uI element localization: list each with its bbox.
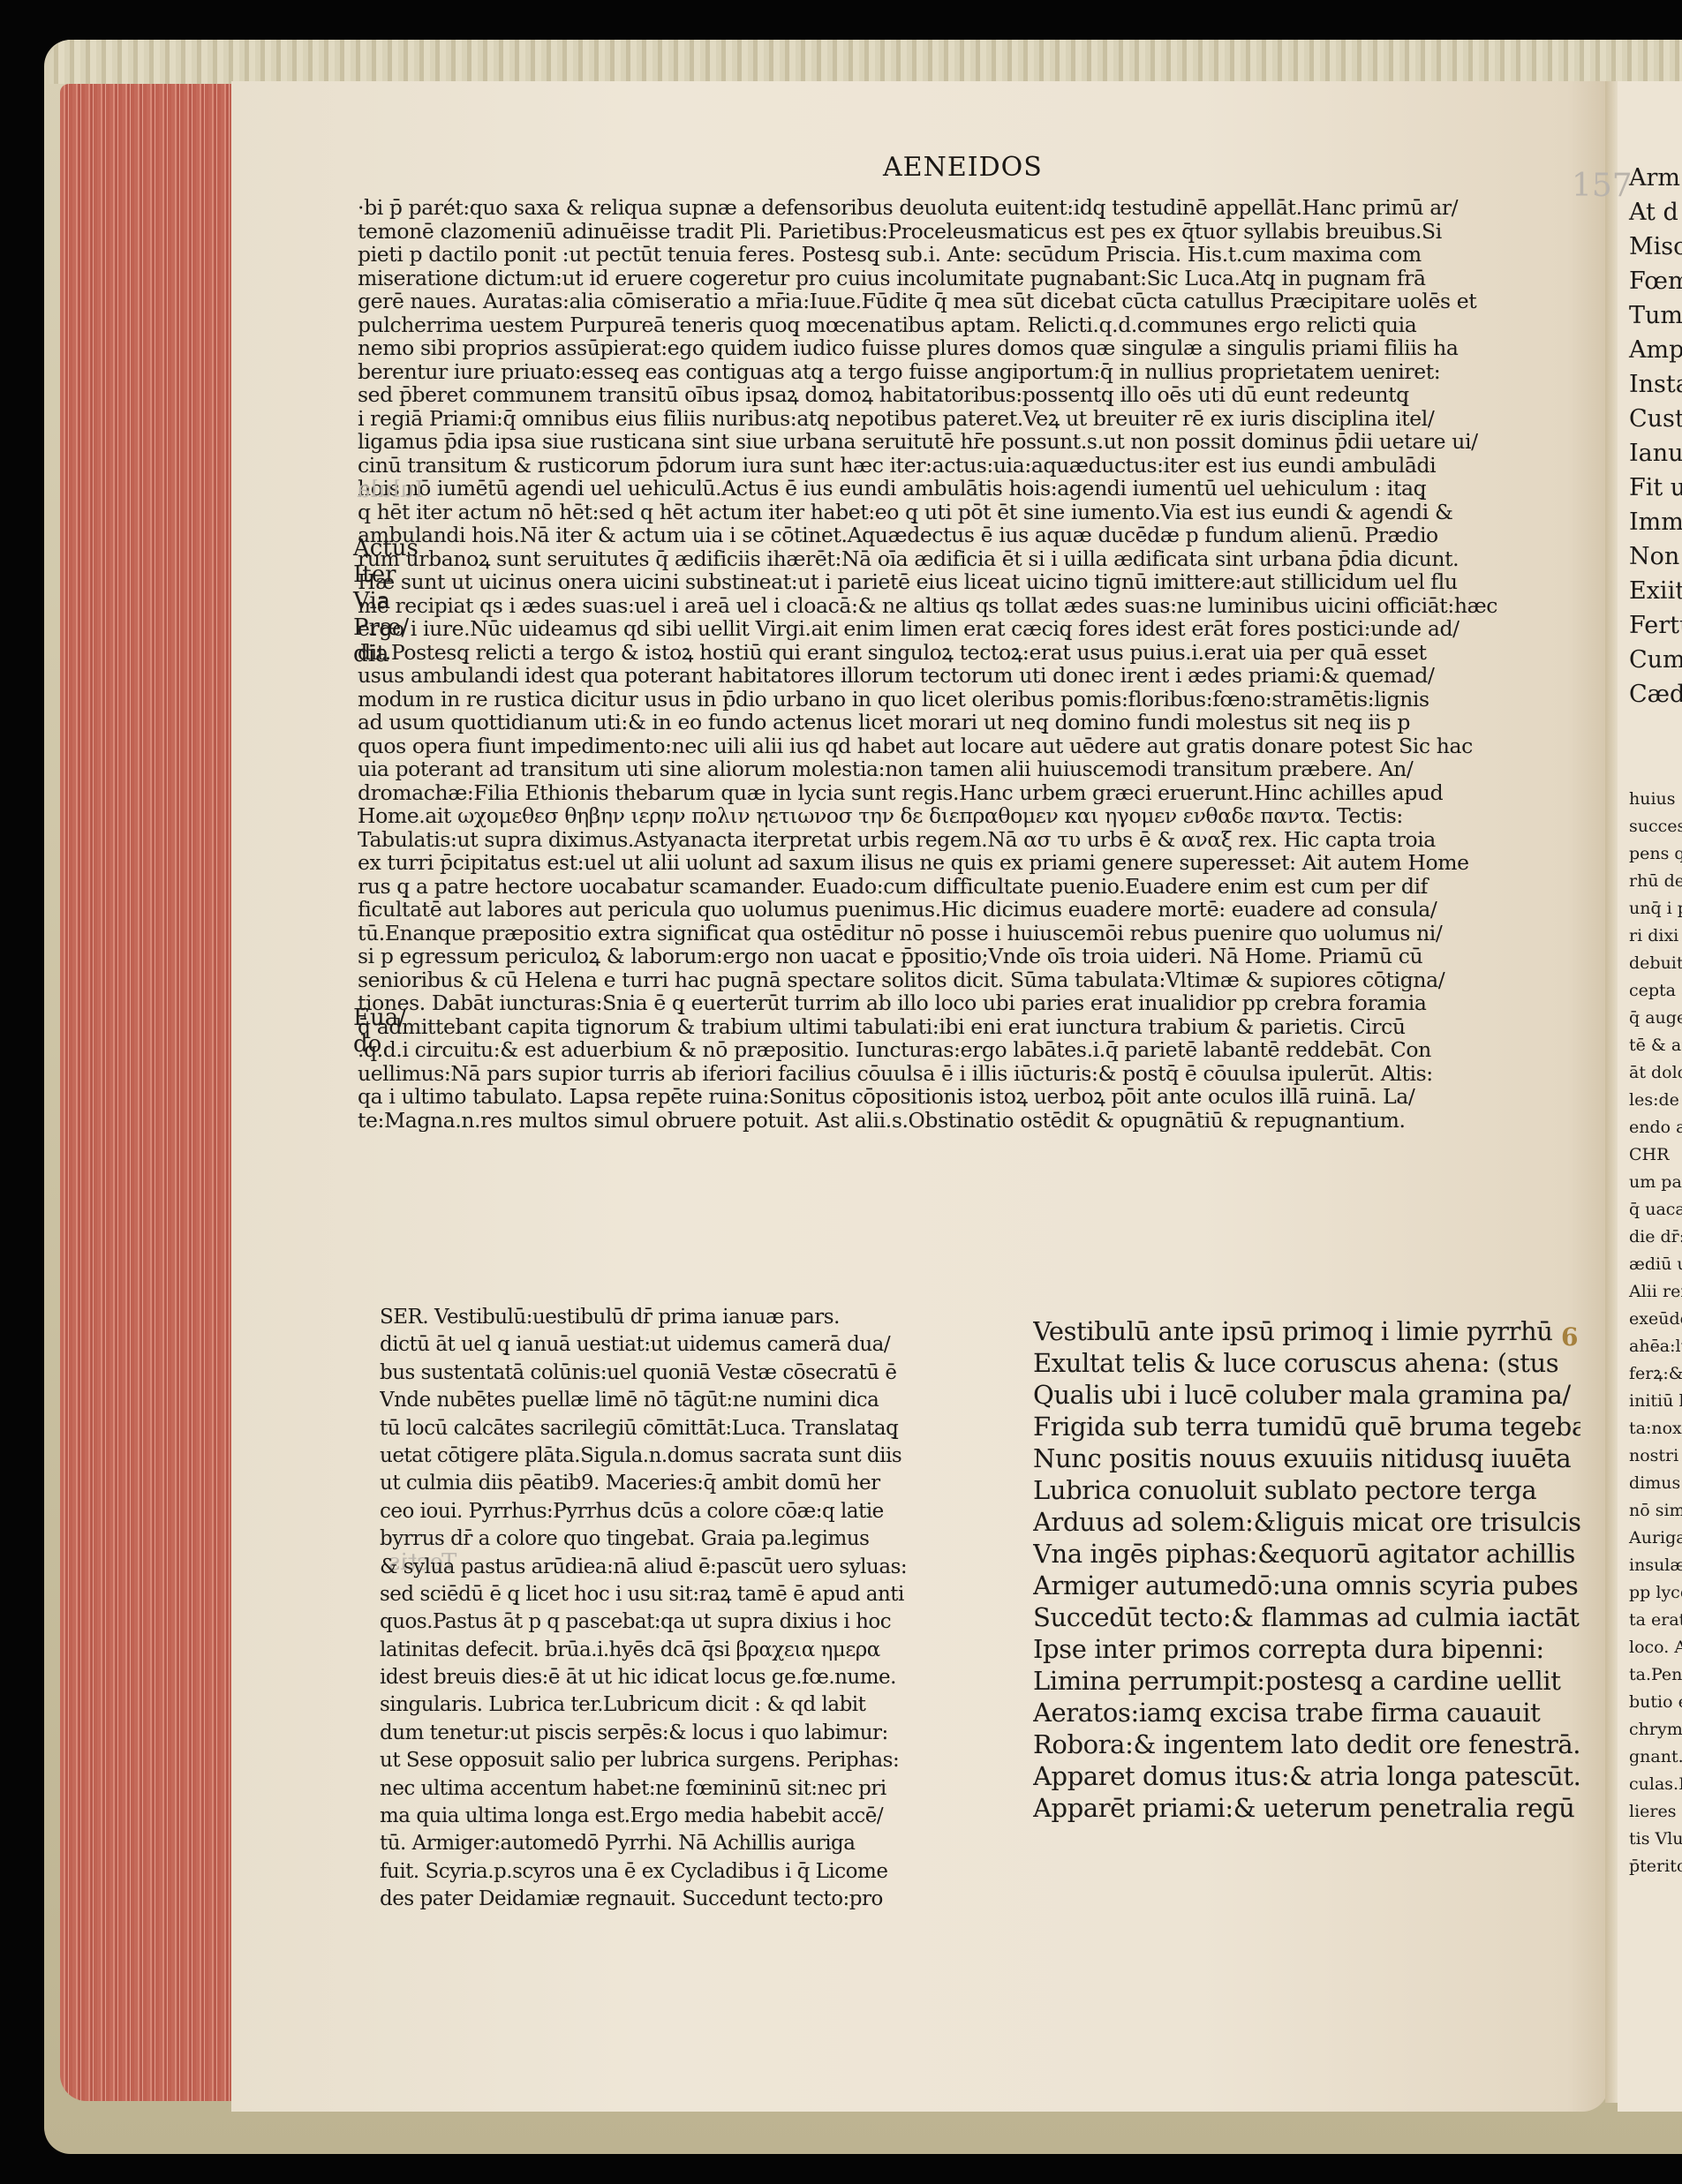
facing-verse-line: Tum: [1629, 298, 1682, 333]
facing-verse-line: Arm: [1629, 161, 1682, 195]
commentary-line: dit.Postesq̧ relicti a tergo & istoꝝ hos…: [358, 641, 1576, 665]
facing-commentary-line: succes: [1629, 813, 1682, 840]
facing-commentary-line: huius: [1629, 786, 1682, 813]
commentary-line: ergo i iure.Nūc uideamus qd sibi uellit …: [358, 617, 1576, 641]
commentary-line: te:Magna.n.res multos simul obruere potu…: [358, 1109, 1576, 1133]
commentary-line: Vnde nubētes puellæ limē nō tāgūt:ne num…: [380, 1387, 1007, 1414]
commentary-line: ad usum quottidianum uti:& in eo fundo a…: [358, 711, 1576, 734]
commentary-line: nec ultima accentum habet:ne fœmininū si…: [380, 1775, 1007, 1803]
facing-verse-line: Ianu: [1629, 436, 1682, 471]
commentary-line: miseratione dictum:ut id eruere cogeretu…: [358, 267, 1576, 290]
commentary-line: ficultatē aut labores aut pericula quo u…: [358, 898, 1576, 922]
commentary-line: temonē clazomeniū adinuēisse tradit Pli.…: [358, 220, 1576, 244]
commentary-line: uia poterant ad transitum uti sine alior…: [358, 757, 1576, 781]
facing-verse-line: Insta: [1629, 367, 1682, 402]
commentary-line: pulcherrima uestem Purpureā teneris quoq…: [358, 313, 1576, 337]
commentary-line: nemo sibi proprios assūpierat:ego quidem…: [358, 336, 1576, 360]
facing-commentary-line: pp lycō: [1629, 1579, 1682, 1607]
commentary-line: ligamus p̄dia ipsa siue rusticana sint s…: [358, 430, 1576, 454]
commentary-line: Home.ait ωχομεθεσ θηβην ιερην πολιν ηετι…: [358, 804, 1576, 828]
margin-note: Actus: [353, 535, 419, 561]
verse-marker: 6: [1561, 1322, 1575, 1345]
commentary-line: sed p̄beret communem transitū oībus ipsa…: [358, 383, 1576, 407]
facing-commentary-line: ta:nox: [1629, 1415, 1682, 1442]
facing-commentary-line: ferꝝ:&: [1629, 1360, 1682, 1388]
facing-verse-line: Fœm: [1629, 264, 1682, 298]
commentary-line: ut culmia diis pēatib9. Maceries:q̄ ambi…: [380, 1470, 1007, 1497]
facing-commentary-line: gnant.: [1629, 1743, 1682, 1771]
facing-commentary-line: initiū h: [1629, 1388, 1682, 1415]
facing-verse-line: Cust: [1629, 402, 1682, 436]
commentary-line: q hēt iter actum nō hēt:sed q hēt actum …: [358, 501, 1576, 524]
commentary-line: gerē naues. Auratas:alia cōmiseratio a m…: [358, 290, 1576, 313]
verse-line: Succedūt tecto:& flammas ad culmia iactā…: [1033, 1601, 1580, 1633]
facing-commentary-line: tis Vlul: [1629, 1826, 1682, 1853]
commentary-line: ex turri p̄cipitatus est:uel ut alii uol…: [358, 851, 1576, 875]
commentary-line: bus sustentatā colūnis:uel quoniā Vestæ …: [380, 1359, 1007, 1387]
commentary-line: latinitas defecit. brūa.i.hyēs dcā q̄si …: [380, 1637, 1007, 1664]
commentary-line: pieti p dactilo ponit :ut pectūt tenuia …: [358, 243, 1576, 267]
commentary-line: ceo ioui. Pyrrhus:Pyrrhus dcūs a colore …: [380, 1498, 1007, 1525]
facing-commentary-line: ri dixi: [1629, 923, 1682, 950]
margin-note: do: [353, 1031, 381, 1058]
facing-commentary-line: dimus.: [1629, 1470, 1682, 1497]
verse-line: Armiger autumedō:una omnis scyria pubes: [1033, 1570, 1580, 1601]
facing-commentary-line: āt dolo: [1629, 1059, 1682, 1087]
verse-line: Arduus ad solem:&liguis micat ore trisul…: [1033, 1506, 1580, 1538]
facing-commentary-line: nostri c: [1629, 1442, 1682, 1470]
verse-line: Qualis ubi i lucē coluber mala gramina p…: [1033, 1379, 1580, 1411]
commentary-line: ut Sese opposuit salio per lubrica surge…: [380, 1747, 1007, 1774]
margin-note: Eua/: [353, 1005, 406, 1031]
margin-note: Via: [353, 588, 390, 614]
commentary-line: uetat cōtigere plāta.Sigula.n.domus sacr…: [380, 1442, 1007, 1470]
facing-commentary-line: q̄ uaca: [1629, 1196, 1682, 1224]
verse-line: Vna ingēs piphas:&equorū agitator achill…: [1033, 1538, 1580, 1570]
facing-commentary-line: chrymi: [1629, 1716, 1682, 1743]
facing-verse-line: Exiit: [1629, 574, 1682, 608]
verse-line: Frigida sub terra tumidū quē bruma tegeb…: [1033, 1411, 1580, 1442]
verse-column: Vestibulū ante ipsū primoq̧ i limie pyrr…: [1033, 1315, 1580, 1824]
facing-verse-line: At d: [1629, 195, 1682, 230]
facing-verse-line: Fertu: [1629, 608, 1682, 643]
facing-commentary-line: p̄terito: [1629, 1853, 1682, 1880]
commentary-line: tū.Enanque præpositio extra significat q…: [358, 922, 1576, 945]
facing-verse-line: Cæd: [1629, 677, 1682, 712]
commentary-line: singularis. Lubrica ter.Lubricum dicit :…: [380, 1691, 1007, 1719]
facing-commentary-line: les:de: [1629, 1087, 1682, 1114]
verse-line: Apparēt priami:& ueterum penetralia regū: [1033, 1792, 1580, 1824]
margin-note: Præ/: [353, 614, 409, 641]
facing-commentary-line: culas.E: [1629, 1771, 1682, 1798]
facing-page-commentary: huiussuccespens qrhū deunq̄ i pri dixide…: [1629, 786, 1682, 1880]
ghost-folio-showthrough: 157: [1572, 168, 1633, 204]
ghost-margin-showthrough: Iulula: [357, 477, 424, 503]
commentary-line: dum tenetur:ut piscis serpēs:& locus i q…: [380, 1720, 1007, 1747]
facing-commentary-line: ta.Pener: [1629, 1661, 1682, 1689]
commentary-line: dromachæ:Filia Ethionis thebarum quæ in …: [358, 781, 1576, 805]
margin-note: dia: [353, 641, 388, 667]
commentary-line: ma quia ultima longa est.Ergo media habe…: [380, 1803, 1007, 1830]
facing-commentary-line: CHR: [1629, 1141, 1682, 1169]
facing-verse-line: Misc: [1629, 230, 1682, 264]
margin-note: Iter: [353, 561, 396, 588]
commentary-line: fuit. Scyria.p.scyros una ē ex Cycladibu…: [380, 1858, 1007, 1886]
verse-line: Apparet domus itus:& atria longa patescū…: [1033, 1760, 1580, 1792]
facing-verse-line: Amp: [1629, 333, 1682, 367]
commentary-line: tiones. Dabāt iuncturas:Snia ē q̧ euerte…: [358, 991, 1576, 1015]
facing-page-verse: ArmAt dMiscFœmTumAmpInstaCustIanuFit urI…: [1629, 161, 1682, 712]
facing-commentary-line: debuit: [1629, 950, 1682, 977]
commentary-text-block: ·bi p̄ parét:quo saxa & reliqua supnæ a …: [358, 196, 1576, 1132]
facing-commentary-line: Alii ref: [1629, 1278, 1682, 1306]
commentary-line: ·bi p̄ parét:quo saxa & reliqua supnæ a …: [358, 196, 1576, 220]
facing-commentary-line: loco. A: [1629, 1634, 1682, 1661]
verse-line: Exultat telis & luce coruscus ahena: (st…: [1033, 1347, 1580, 1379]
facing-commentary-line: endo a: [1629, 1114, 1682, 1141]
commentary-line: sed sciēdū ē q̧ licet hoc i usu sit:raꝝ …: [380, 1581, 1007, 1608]
verse-line: Ipse inter primos correpta dura bipenni:: [1033, 1633, 1580, 1665]
commentary-line: quos.Pastus āt p q pascebat:qa ut supra …: [380, 1608, 1007, 1636]
commentary-line: idest breuis dies:ē āt ut hic idicat loc…: [380, 1664, 1007, 1691]
commentary-line: rum urbanoꝝ sunt seruitutes q̄ ædificiis…: [358, 547, 1576, 571]
commentary-line: .q.d.i circuitu:& est aduerbium & nō præ…: [358, 1038, 1576, 1062]
commentary-line: des pater Deidamiæ regnauit. Succedunt t…: [380, 1886, 1007, 1913]
facing-commentary-line: ahēa:lu: [1629, 1333, 1682, 1360]
facing-commentary-line: unq̄ i p: [1629, 895, 1682, 923]
commentary-line: cinū transitum & rusticorum p̄dorum iura…: [358, 454, 1576, 478]
facing-commentary-line: Auriga: [1629, 1525, 1682, 1552]
facing-verse-line: Cum: [1629, 643, 1682, 677]
facing-commentary-line: cepta ā: [1629, 977, 1682, 1005]
facing-verse-line: Non: [1629, 539, 1682, 574]
facing-commentary-line: pens q: [1629, 840, 1682, 868]
commentary-line: Hæ sunt ut uicinus onera uicini substine…: [358, 570, 1576, 594]
verse-line: Vestibulū ante ipsū primoq̧ i limie pyrr…: [1033, 1315, 1580, 1347]
binding-top-edge: [49, 40, 1682, 84]
facing-commentary-line: q̄ auge: [1629, 1005, 1682, 1032]
commentary-line: i regiā Priami:q̄ omnibus eius filiis nu…: [358, 407, 1576, 431]
gutter: [1605, 81, 1618, 2103]
commentary-line: usus ambulandi idest qua poterant habita…: [358, 664, 1576, 688]
facing-verse-line: Fit ur: [1629, 471, 1682, 505]
verse-line: Nunc positis nouus exuuiis nitidusq̧ iuu…: [1033, 1442, 1580, 1474]
commentary-line: senioribus & cū Helena e turri hac pugnā…: [358, 968, 1576, 992]
commentary-line: qa i ultimo tabulato. Lapsa repēte ruina…: [358, 1085, 1576, 1109]
commentary-line: uellimus:Nā pars supior turris ab iferio…: [358, 1062, 1576, 1086]
commentary-line: q̄ admittebant capita tignorum & trabium…: [358, 1015, 1576, 1039]
facing-commentary-line: die dr̄:: [1629, 1224, 1682, 1251]
commentary-line: berentur iure priuato:esseq̧ eas contigu…: [358, 360, 1576, 384]
facing-commentary-line: rhū de: [1629, 868, 1682, 895]
commentary-line: rus q̧ a patre hectore uocabatur scamand…: [358, 875, 1576, 899]
facing-commentary-line: lieres q̄u: [1629, 1798, 1682, 1826]
facing-commentary-line: insulæ:: [1629, 1552, 1682, 1579]
facing-commentary-line: exeūdo: [1629, 1306, 1682, 1333]
commentary-line: si p egressum periculoꝝ & laborum:ergo n…: [358, 945, 1576, 968]
commentary-line: modum in re rustica dicitur usus in p̄di…: [358, 688, 1576, 712]
commentary-line: & sylua pastus arūdiea:nā aliud ē:pascūt…: [380, 1554, 1007, 1581]
commentary-line: Tabulatis:ut supra diximus.Astyanacta it…: [358, 828, 1576, 852]
facing-commentary-line: um pa: [1629, 1169, 1682, 1196]
commentary-line: mē recipiat qs i ædes suas:uel i areā ue…: [358, 594, 1576, 618]
running-head: AENEIDOS: [883, 152, 1043, 183]
facing-commentary-line: butio es: [1629, 1689, 1682, 1716]
commentary-line: byrrus dr̄ a colore quo tingebat. Graia …: [380, 1525, 1007, 1553]
verse-line: Limina perrumpit:postesq̧ a cardine uell…: [1033, 1665, 1580, 1697]
commentary-line: hois nō iumētū agendi uel uehiculū.Actus…: [358, 477, 1576, 501]
commentary-line: tū locū calcātes sacrilegiū cōmittāt:Luc…: [380, 1415, 1007, 1442]
commentary-line: SER. Vestibulū:uestibulū dr̄ prima ianuæ…: [380, 1304, 1007, 1331]
red-page-edges: [60, 84, 233, 2101]
commentary-line: ambulandi hois.Nā iter & actum uia i se …: [358, 523, 1576, 547]
commentary-line: dictū āt uel q̧ ianuā uestiat:ut uidemus…: [380, 1331, 1007, 1359]
facing-commentary-line: ædiū u: [1629, 1251, 1682, 1278]
verse-line: Aeratos:iamq̧ excisa trabe firma cauauit: [1033, 1697, 1580, 1728]
facing-commentary-line: nō simp: [1629, 1497, 1682, 1525]
facing-commentary-line: tē & ar: [1629, 1032, 1682, 1059]
verse-line: Lubrica conuoluit sublato pectore terga: [1033, 1474, 1580, 1506]
commentary-line: quos opera fiunt impedimento:nec uili al…: [358, 734, 1576, 758]
commentary-left-column: SER. Vestibulū:uestibulū dr̄ prima ianuæ…: [380, 1304, 1007, 1914]
facing-commentary-line: ta erat.: [1629, 1607, 1682, 1634]
facing-verse-line: Imm: [1629, 505, 1682, 539]
commentary-line: tū. Armiger:automedō Pyrrhi. Nā Achillis…: [380, 1830, 1007, 1857]
verse-line: Robora:& ingentem lato dedit ore fenestr…: [1033, 1728, 1580, 1760]
